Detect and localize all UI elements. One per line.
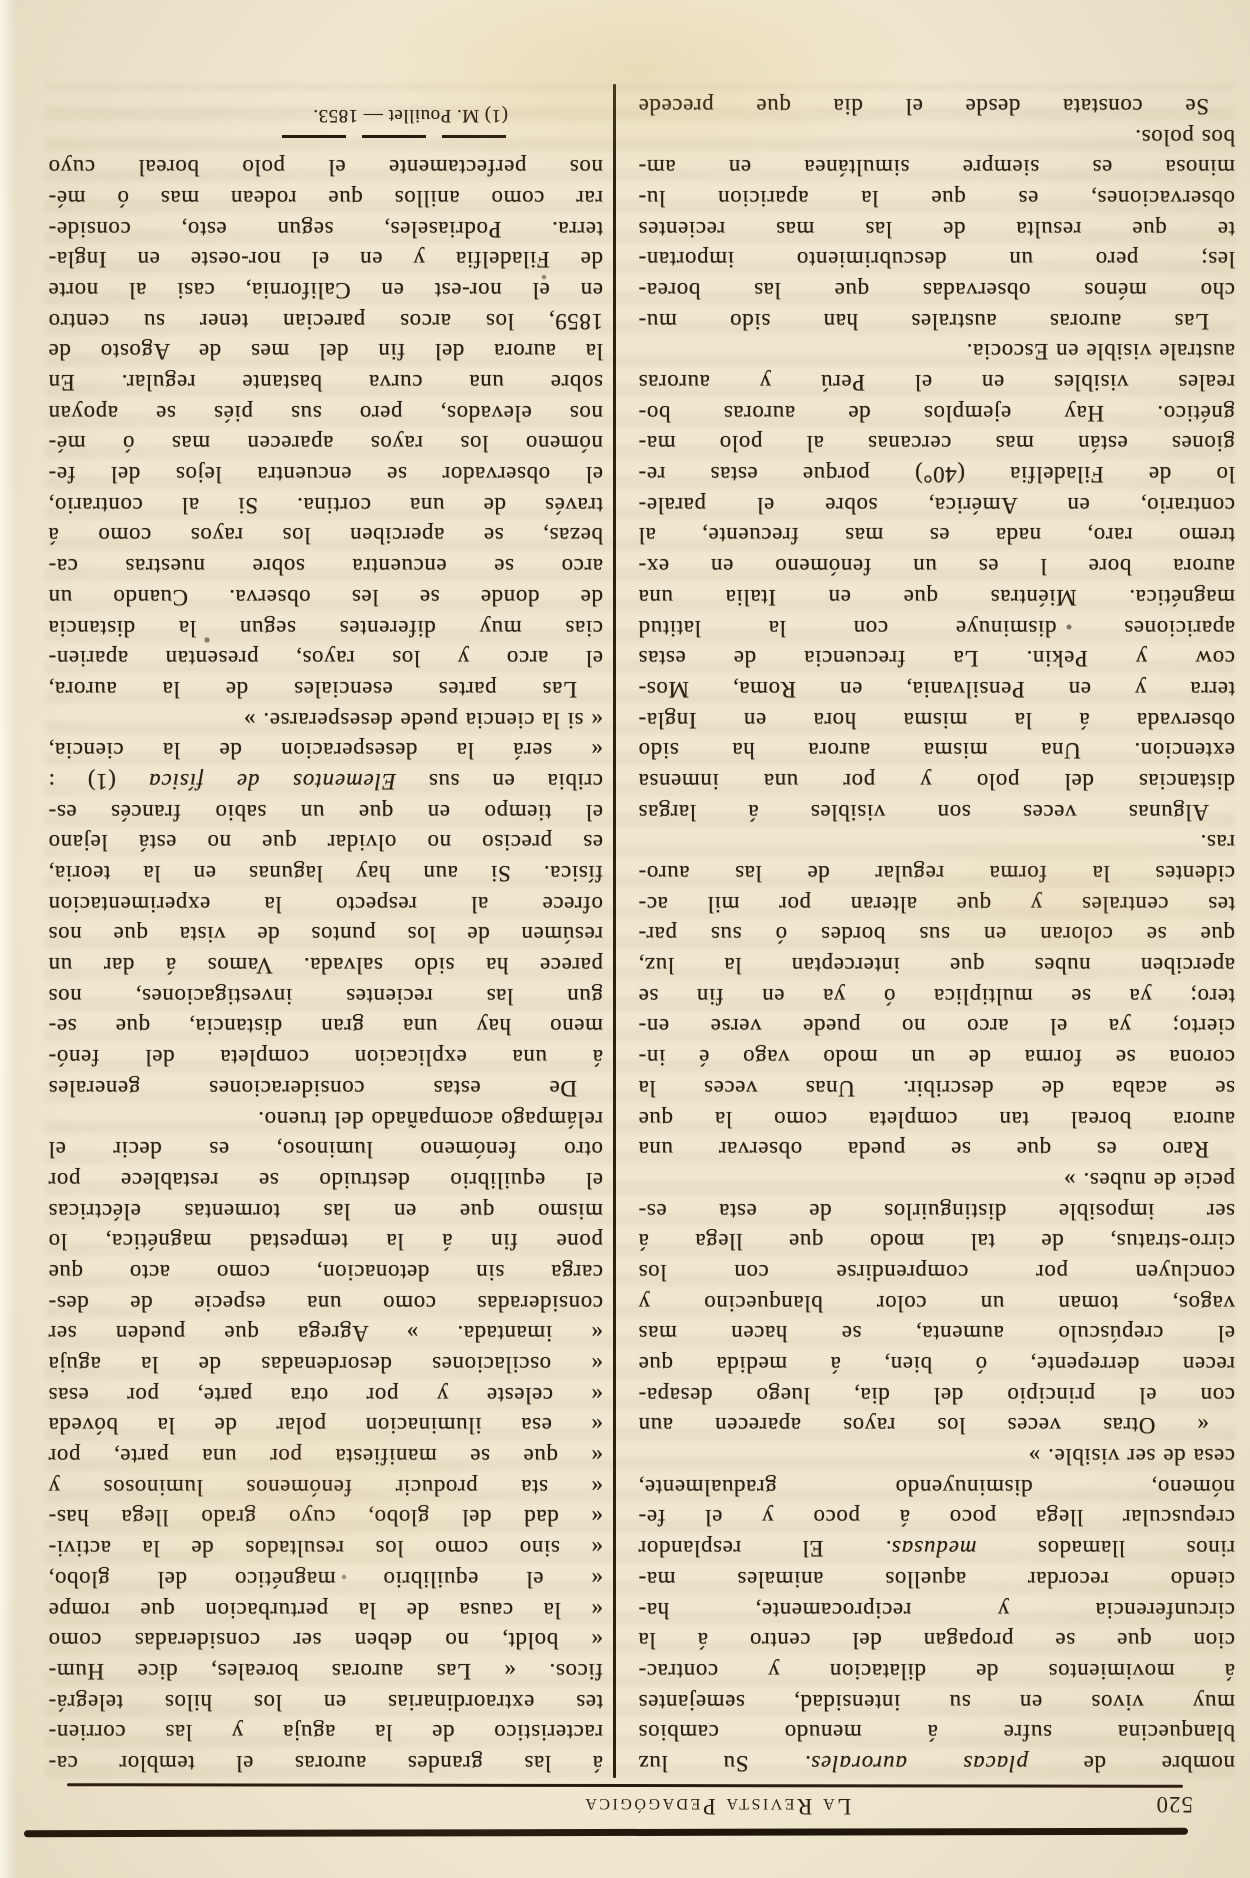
text-line: carga sin detonacion, como acto que	[48, 1256, 603, 1287]
text-line: « el equilibrio magnético del globo,	[48, 1563, 603, 1594]
body-text: nómeno los rayos aparecen mas ó mé-	[48, 431, 603, 456]
body-text: que se coloran en sus bordes ó sus par-	[638, 922, 1235, 947]
body-text: arco se encuentra sobre nuestras ca-	[48, 554, 603, 579]
text-line: con el principio del dia, luego desapa-	[638, 1379, 1235, 1410]
text-line: otro fenómeno luminoso, es decir el	[48, 1134, 603, 1165]
body-text: australe visible en Escocia.	[966, 339, 1235, 364]
body-text: rar como anillos que rodean mas ó mé-	[48, 186, 603, 211]
body-text: crepuscular llega poco á poco y el fe-	[638, 1506, 1235, 1531]
text-line: través de una cortina. Si al contrario,	[48, 489, 603, 520]
text-line: arco se encuentra sobre nuestras ca-	[48, 551, 603, 582]
text-line: el equilibrio destruido se restablece po…	[48, 1164, 603, 1195]
italic-text: medusas.	[884, 1536, 976, 1561]
body-text: cribia en sus	[396, 769, 603, 794]
body-text: cesa de ser visible. »	[1028, 1444, 1235, 1469]
body-text: giones están mas cercanas al polo ma-	[638, 431, 1235, 456]
text-line: el tiempo en que un sabio francés es-	[48, 796, 603, 827]
text-line: racteristico de la aguja y las corrien-	[48, 1717, 603, 1748]
text-line: ficos. « Las auroras boreales, dice Hum-	[48, 1655, 603, 1686]
text-line: De estas consideraciones generales	[48, 1072, 603, 1103]
text-line: física. Si aun hay lagunas en la teoria,	[48, 857, 603, 888]
text-line: cow y Pekin. La frecuencia de estas	[638, 643, 1235, 674]
body-text: cow y Pekin. La frecuencia de estas	[638, 646, 1235, 671]
page-number: 520	[1156, 1791, 1194, 1817]
body-text: el equilibrio destruido se restablece po…	[48, 1168, 603, 1193]
body-text: « sta producir fenómenos luminosos y	[48, 1475, 603, 1500]
body-text: circunferencia y reciprocamente, ha-	[638, 1598, 1235, 1623]
page-edge-rule	[24, 1828, 1188, 1837]
body-text: á una explicacion completa del fenó-	[48, 1045, 603, 1070]
text-line: muy vivos en su intensidad, semejantes	[638, 1686, 1235, 1717]
text-line: Algunas veces son visibles á largas	[638, 796, 1235, 827]
text-line: pecie de nubes. »	[638, 1164, 1235, 1195]
text-line: « boldt, no deben ser consideradas como	[48, 1625, 603, 1656]
body-text: cias muy diferentes segun la distancia	[48, 616, 603, 641]
text-line: « esa iluminacion polar de la bóveda	[48, 1410, 603, 1441]
body-text: « esa iluminacion polar de la bóveda	[48, 1413, 603, 1438]
text-line: pone fin á la tempestad magnética, lo	[48, 1226, 603, 1257]
text-line: terra y en Pensilvania, en Roma, Mos-	[638, 673, 1235, 704]
text-line: aurora boreal tan completa como la que	[638, 1103, 1235, 1134]
body-text: carga sin detonacion, como acto que	[48, 1260, 603, 1285]
body-text: distancias del polo y por una inmensa	[638, 769, 1235, 794]
body-text: « si la ciencia puede desesperarse. »	[243, 708, 603, 733]
body-text: consideradas como una especie de des-	[48, 1291, 603, 1316]
body-text: Raro es que se pueda observar una	[638, 1137, 1209, 1162]
text-line: recen derrepente, ó bien, á medida que	[638, 1348, 1235, 1379]
text-line: reales visibles en el Perú y auroras	[638, 366, 1235, 397]
text-line: ofrece al respecto la experimentacion	[48, 888, 603, 919]
body-text: cidentes la forma regular de las auro-	[638, 861, 1235, 886]
text-line: ras.	[638, 827, 1235, 858]
body-text: « sino como los resultados de la activi-	[48, 1536, 603, 1561]
text-line: es preciso no olvidar que no está lejano	[48, 827, 603, 858]
body-text: física. Si aun hay lagunas en la teoria,	[48, 861, 603, 886]
body-text: El resplandor	[638, 1536, 884, 1561]
body-text: ofrece al respecto la experimentacion	[48, 892, 603, 917]
text-line: nos elevados, pero sus piés se apoyan	[48, 397, 603, 428]
body-text: Las partes esenciales de la aurora,	[48, 677, 577, 702]
body-text: es preciso no olvidar que no está lejano	[48, 830, 603, 855]
text-line: observada á la misma hora en Ingla-	[638, 704, 1235, 735]
text-line: el crepúsculo aumenta, se hacen mas	[638, 1318, 1235, 1349]
body-text: vagos, toman un color blanquecino y	[638, 1291, 1235, 1316]
body-text: pecie de nubes. »	[1063, 1168, 1235, 1193]
body-text: muy vivos en su intensidad, semejantes	[638, 1690, 1235, 1715]
body-text: bos polos.	[1135, 125, 1235, 150]
text-line: minosa es siempre simultánea en am-	[638, 152, 1235, 183]
body-text: « oscilaciones desordenadas de la aguja	[48, 1352, 603, 1377]
text-block: nombre de placas aurorales. Su luzblanqu…	[45, 84, 1235, 1778]
body-text: apariciones disminuye con la latitud	[638, 616, 1235, 641]
italic-text: Elementos de física	[148, 769, 396, 794]
body-text: ras.	[1200, 830, 1235, 855]
body-text: nombre de	[1028, 1751, 1235, 1776]
text-line: Las auroras australes han sido mu-	[638, 305, 1235, 336]
body-text: Las auroras australes han sido mu-	[638, 309, 1209, 334]
text-line: cesa de ser visible. »	[638, 1440, 1235, 1471]
body-text: tes centrales y que alteran por mil ac-	[638, 892, 1235, 917]
text-line: mismo que en las tormentas eléctricas	[48, 1195, 603, 1226]
body-text: « imantada. » Agrega que pueden ser	[48, 1321, 603, 1346]
body-text: tes extraordinarias en los hilos telegrá…	[48, 1690, 603, 1715]
text-line: australe visible en Escocia.	[638, 336, 1235, 367]
body-text: observada á la misma hora en Ingla-	[638, 708, 1235, 733]
text-line: tes extraordinarias en los hilos telegrá…	[48, 1686, 603, 1717]
text-line: cierto; ya el arco no puede verse en-	[638, 1011, 1235, 1042]
body-text: concluyen por comprendirse con los	[638, 1260, 1235, 1285]
text-line: parece ha sido salvada. Vamos á dar un	[48, 949, 603, 980]
text-line: el arco y los rayos, presentan aparien-	[48, 643, 603, 674]
body-text: blanquecina sufre á menudo cambios	[638, 1720, 1235, 1745]
body-text: « boldt, no deben ser consideradas como	[48, 1628, 603, 1653]
text-line: nómeno, disminuyendo gradualmente,	[638, 1471, 1235, 1502]
body-text: tero; ya se multiplica ó ya en fin se	[638, 984, 1235, 1009]
text-line: corona se forma de un modo vago é in-	[638, 1042, 1235, 1073]
text-line: Se constata desde el dia que precede	[638, 90, 1235, 121]
body-text: través de una cortina. Si al contrario,	[48, 493, 603, 518]
text-line: á una explicacion completa del fenó-	[48, 1042, 603, 1073]
text-line: « si la ciencia puede desesperarse. »	[48, 704, 603, 735]
text-line: consideradas como una especie de des-	[48, 1287, 603, 1318]
text-line: extencion. Una misma aurora ha sido	[638, 735, 1235, 766]
text-line: sobre una curva bastante regular. En	[48, 366, 603, 397]
body-text: nómeno, disminuyendo gradualmente,	[638, 1475, 1235, 1500]
body-text: 1859, los arcos parecian tener su centro	[48, 309, 603, 334]
body-text: recen derrepente, ó bien, á medida que	[638, 1352, 1235, 1377]
body-text: en el nor-est en California, casi al nor…	[48, 278, 603, 303]
text-line: de Filadelfia y en el nor-oeste en Ingla…	[48, 244, 603, 275]
body-text: Algunas veces son visibles á largas	[638, 800, 1209, 825]
body-text: cierto; ya el arco no puede verse en-	[638, 1015, 1235, 1040]
text-line: aperciben nubes que interceptan la luz,	[638, 949, 1235, 980]
body-text: tremo raro, nada es mas frecuente, al	[638, 524, 1235, 549]
text-line: bezas, se aperciben los rayos como á	[48, 520, 603, 551]
body-text: observaciones, es que la aparicion lu-	[638, 186, 1235, 211]
text-line: cho ménos observadas que las borea-	[638, 274, 1235, 305]
text-line: « sta producir fenómenos luminosos y	[48, 1471, 603, 1502]
body-text: aurora boreal tan completa como la que	[638, 1107, 1235, 1132]
body-text: terra. Podriaseles, segun esto, conside-	[48, 217, 603, 242]
text-line: giones están mas cercanas al polo ma-	[638, 428, 1235, 459]
text-line: « será la desesperacion de la ciencia,	[48, 735, 603, 766]
text-line: nos perfectamente el polo boreal cuyo	[48, 152, 603, 183]
text-line: aurora bore l es un fenómeno en ex-	[638, 551, 1235, 582]
text-line: nómeno los rayos aparecen mas ó mé-	[48, 428, 603, 459]
body-text: Se constata desde el dia que precede	[638, 94, 1209, 119]
text-line: meno hay una gran distancia, que se-	[48, 1011, 603, 1042]
text-line: resúmen de los puntos de vista que nos	[48, 919, 603, 950]
body-text: magnética. Miéntras que en Italia una	[638, 585, 1235, 610]
body-text: gun las recientes investigaciones, nos	[48, 984, 603, 1009]
text-line: se acaba de describir. Unas veces la	[638, 1072, 1235, 1103]
body-text: bezas, se aperciben los rayos como á	[48, 524, 603, 549]
body-text: gnético. Hay ejemplos de auroras bo-	[638, 401, 1235, 426]
body-text: parece ha sido salvada. Vamos á dar un	[48, 953, 603, 978]
text-line: á las grandes auroras el temblor ca-	[48, 1747, 603, 1778]
body-text: cirro-stratus, de tal modo que llega á	[638, 1229, 1235, 1254]
text-line: que se coloran en sus bordes ó sus par-	[638, 919, 1235, 950]
text-line: relámpago acompañado del trueno.	[48, 1103, 603, 1134]
text-line: la aurora del fin del mes de Agosto de	[48, 336, 603, 367]
text-line: cion que se propagan del centro á la	[638, 1625, 1235, 1656]
body-text: relámpago acompañado del trueno.	[258, 1107, 603, 1132]
text-line: rar como anillos que rodean mas ó mé-	[48, 182, 603, 213]
body-text: otro fenómeno luminoso, es decir el	[48, 1137, 603, 1162]
body-text: el crepúsculo aumenta, se hacen mas	[638, 1321, 1235, 1346]
body-text: « el equilibrio magnético del globo,	[48, 1567, 603, 1592]
text-line: « sino como los resultados de la activi-	[48, 1533, 603, 1564]
body-text: Su luz	[638, 1751, 804, 1776]
text-line: Las partes esenciales de la aurora,	[48, 673, 603, 704]
text-line: gun las recientes investigaciones, nos	[48, 980, 603, 1011]
text-line: ser imposible distinguirlos de esta es-	[638, 1195, 1235, 1226]
text-line: te que resulta de las mas recientes	[638, 213, 1235, 244]
body-text: el arco y los rayos, presentan aparien-	[48, 646, 603, 671]
text-line: á movimientos de dilatacion y contrac-	[638, 1655, 1235, 1686]
text-line: « oscilaciones desordenadas de la aguja	[48, 1348, 603, 1379]
body-text: « Otras veces los rayos aparecen aun	[638, 1413, 1209, 1438]
page-header: 520 La Revista Pedagógica	[0, 1789, 1250, 1819]
footnote-rule	[276, 135, 506, 138]
journal-page: 520 La Revista Pedagógica nombre de plac…	[0, 0, 1250, 1878]
body-text: de donde se les observa. Cuando un	[48, 585, 603, 610]
text-line: « que se manifiesta por una parte, por	[48, 1440, 603, 1471]
body-text: sobre una curva bastante regular. En	[48, 370, 603, 395]
body-text: lo de Filadelfia (40°) porque estas re-	[638, 462, 1235, 487]
text-line: rinos llamados medusas. El resplandor	[638, 1533, 1235, 1564]
body-text: les; pero un descubrimiento importan-	[638, 247, 1235, 272]
body-text: la aurora del fin del mes de Agosto de	[48, 339, 603, 364]
text-line: lo de Filadelfia (40°) porque estas re-	[638, 458, 1235, 489]
column-right: á las grandes auroras el temblor ca-ract…	[48, 84, 603, 1778]
text-line: tremo raro, nada es mas frecuente, al	[638, 520, 1235, 551]
text-line: ciendo recordar aquellos animales ma-	[638, 1563, 1235, 1594]
body-text: resúmen de los puntos de vista que nos	[48, 922, 603, 947]
body-text: cion que se propagan del centro á la	[638, 1628, 1235, 1653]
header-rule	[67, 1783, 1183, 1788]
footnote-text: (1) M. Pouillet — 1853.	[48, 104, 508, 126]
body-text: minosa es siempre simultánea en am-	[638, 155, 1235, 180]
text-line: tes centrales y que alteran por mil ac-	[638, 888, 1235, 919]
text-line: concluyen por comprendirse con los	[638, 1256, 1235, 1287]
body-text: á movimientos de dilatacion y contrac-	[638, 1659, 1235, 1684]
text-line: contrario, en América, sobre el parale-	[638, 489, 1235, 520]
text-line: « la causa de la perturbacion que rompe	[48, 1594, 603, 1625]
body-text: se acaba de describir. Unas veces la	[638, 1076, 1235, 1101]
text-line: en el nor-est en California, casi al nor…	[48, 274, 603, 305]
text-line: el observador se encuentra lejos del fe-	[48, 458, 603, 489]
body-text: « dad del globo, cuyo grado llega has-	[48, 1506, 603, 1531]
text-line: « imantada. » Agrega que pueden ser	[48, 1318, 603, 1349]
body-text: reales visibles en el Perú y auroras	[638, 370, 1235, 395]
body-text: cho ménos observadas que las borea-	[638, 278, 1235, 303]
body-text: pone fin á la tempestad magnética, lo	[48, 1229, 603, 1254]
body-text: te que resulta de las mas recientes	[638, 217, 1235, 242]
body-text: contrario, en América, sobre el parale-	[638, 493, 1235, 518]
italic-text: placas aurorales.	[804, 1751, 1028, 1776]
footnote: (1) M. Pouillet — 1853.	[48, 104, 508, 138]
body-text: « la causa de la perturbacion que rompe	[48, 1598, 603, 1623]
body-text: « será la desesperacion de la ciencia,	[48, 738, 603, 763]
body-text: ser imposible distinguirlos de esta es-	[638, 1199, 1235, 1224]
body-text: de Filadelfia y en el nor-oeste en Ingla…	[48, 247, 603, 272]
body-text: aurora bore l es un fenómeno en ex-	[638, 554, 1235, 579]
text-line: terra. Podriaseles, segun esto, conside-	[48, 213, 603, 244]
body-text: con el principio del dia, luego desapa-	[638, 1383, 1235, 1408]
text-line: bos polos.	[638, 121, 1235, 152]
text-line: blanquecina sufre á menudo cambios	[638, 1717, 1235, 1748]
text-line: gnético. Hay ejemplos de auroras bo-	[638, 397, 1235, 428]
body-text: racteristico de la aguja y las corrien-	[48, 1720, 603, 1745]
text-line: « dad del globo, cuyo grado llega has-	[48, 1502, 603, 1533]
text-line: cidentes la forma regular de las auro-	[638, 857, 1235, 888]
text-line: nombre de placas aurorales. Su luz	[638, 1747, 1235, 1778]
body-text: (1) :	[48, 769, 148, 794]
body-text: á las grandes auroras el temblor ca-	[48, 1751, 603, 1776]
body-text: rinos llamados	[977, 1536, 1235, 1561]
text-line: les; pero un descubrimiento importan-	[638, 244, 1235, 275]
body-text: nos perfectamente el polo boreal cuyo	[48, 155, 603, 180]
text-line: distancias del polo y por una inmensa	[638, 765, 1235, 796]
body-text: aperciben nubes que interceptan la luz,	[638, 953, 1235, 978]
column-left: nombre de placas aurorales. Su luzblanqu…	[638, 84, 1235, 1778]
body-text: « celeste y por otra parte, por esas	[48, 1383, 603, 1408]
body-text: terra y en Pensilvania, en Roma, Mos-	[638, 677, 1235, 702]
body-text: meno hay una gran distancia, que se-	[48, 1015, 603, 1040]
body-text: mismo que en las tormentas eléctricas	[48, 1199, 603, 1224]
body-text: corona se forma de un modo vago é in-	[638, 1045, 1235, 1070]
body-text: ficos. « Las auroras boreales, dice Hum-	[48, 1659, 603, 1684]
body-text: « que se manifiesta por una parte, por	[48, 1444, 603, 1469]
body-text: extencion. Una misma aurora ha sido	[638, 738, 1235, 763]
text-line: cias muy diferentes segun la distancia	[48, 612, 603, 643]
text-line: tero; ya se multiplica ó ya en fin se	[638, 980, 1235, 1011]
body-text: De estas consideraciones generales	[48, 1076, 577, 1101]
text-line: 1859, los arcos parecian tener su centro	[48, 305, 603, 336]
text-line: vagos, toman un color blanquecino y	[638, 1287, 1235, 1318]
text-line: circunferencia y reciprocamente, ha-	[638, 1594, 1235, 1625]
text-line: Raro es que se pueda observar una	[638, 1134, 1235, 1165]
text-line: « Otras veces los rayos aparecen aun	[638, 1410, 1235, 1441]
body-text: el tiempo en que un sabio francés es-	[48, 800, 603, 825]
column-divider	[613, 84, 616, 1778]
text-line: magnética. Miéntras que en Italia una	[638, 581, 1235, 612]
text-line: observaciones, es que la aparicion lu-	[638, 182, 1235, 213]
body-text: ciendo recordar aquellos animales ma-	[638, 1567, 1235, 1592]
text-line: cribia en sus Elementos de física (1) :	[48, 765, 603, 796]
text-line: cirro-stratus, de tal modo que llega á	[638, 1226, 1235, 1257]
journal-title: La Revista Pedagógica	[561, 1793, 873, 1819]
body-text: el observador se encuentra lejos del fe-	[48, 462, 603, 487]
text-line: apariciones disminuye con la latitud	[638, 612, 1235, 643]
text-line: de donde se les observa. Cuando un	[48, 581, 603, 612]
text-line: crepuscular llega poco á poco y el fe-	[638, 1502, 1235, 1533]
body-text: nos elevados, pero sus piés se apoyan	[48, 401, 603, 426]
text-line: « celeste y por otra parte, por esas	[48, 1379, 603, 1410]
